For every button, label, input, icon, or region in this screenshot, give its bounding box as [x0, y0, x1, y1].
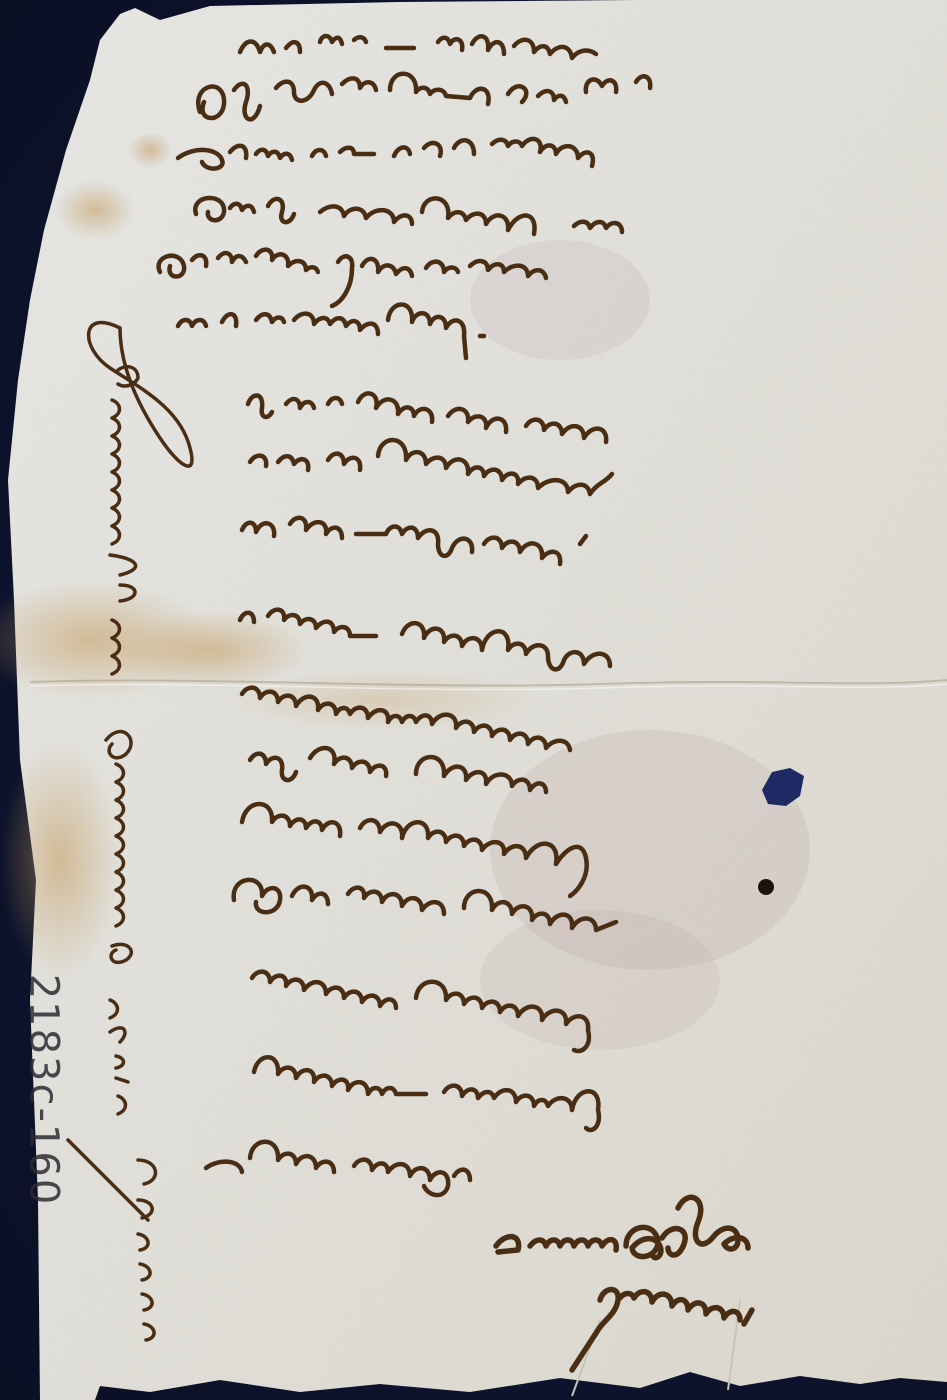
text-line-5 — [159, 250, 546, 306]
text-line-12 — [250, 748, 546, 792]
text-line-15 — [252, 972, 589, 1051]
margin-annotation — [68, 323, 192, 1340]
shelfmark-annotation: 2183c-160 — [8, 975, 78, 1205]
text-line-9 — [242, 518, 586, 564]
text-line-8 — [250, 440, 612, 494]
text-line-10 — [240, 610, 610, 670]
text-line-11 — [242, 688, 570, 750]
text-line-2 — [198, 74, 650, 120]
text-line-13 — [242, 804, 587, 896]
text-line-4 — [195, 198, 622, 234]
text-line-17 — [206, 1142, 470, 1195]
text-line-16 — [254, 1057, 599, 1130]
text-line-14 — [234, 880, 616, 930]
handwritten-text-block — [0, 0, 947, 1400]
manuscript-page: 2183c-160 Handwritten Tamil text; not tr… — [0, 0, 947, 1400]
text-line-1 — [240, 36, 596, 58]
shelfmark-text: 2183c-160 — [20, 974, 66, 1207]
text-line-3 — [178, 139, 593, 169]
signature — [496, 1197, 752, 1370]
text-line-6 — [178, 305, 484, 359]
text-line-7 — [248, 393, 606, 442]
